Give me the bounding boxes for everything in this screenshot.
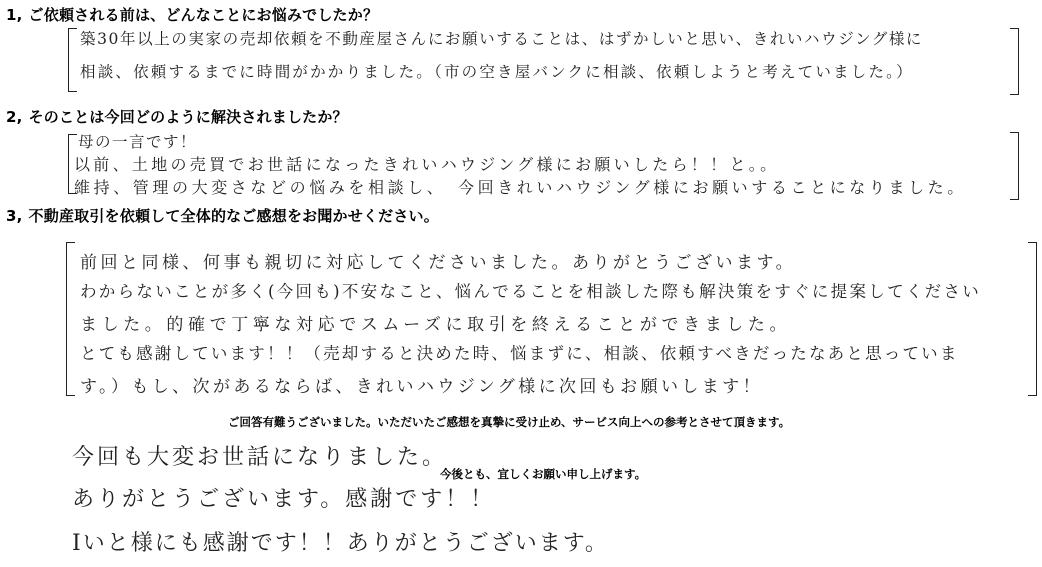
question-1-heading: 1,ご依頼される前は、どんなことにお悩みでしたか？ <box>6 4 378 25</box>
answer-3-line-5: す。）もし、次があるならば、きれいハウジング様に次回もお願いします！ <box>80 372 763 397</box>
answer-1-line-1: 築30年以上の実家の売却依頼を不動産屋さんにお願いすることは、はずかしいと思い、… <box>80 27 923 49</box>
answer-2-bracket-right <box>1010 132 1019 200</box>
answer-3-bracket-left <box>66 242 75 396</box>
answer-3-bracket-right <box>1028 242 1037 396</box>
answer-3-line-3: ました。的確で丁寧な対応でスムーズに取引を終えることができました。 <box>80 310 791 335</box>
question-1-label: ご依頼される前は、どんなことにお悩みでしたか？ <box>29 6 379 24</box>
answer-1-line-2: 相談、依頼するまでに時間がかかりました。（市の空き屋バンクに相談、依頼しようと考… <box>80 60 914 82</box>
answer-1-bracket-right <box>1010 28 1019 95</box>
question-3-heading: 3,不動産取引を依頼して全体的なご感想をお聞かせください。 <box>6 205 439 226</box>
question-2-label: そのことは今回どのように解決されましたか？ <box>29 108 348 126</box>
staff-reply-line-1: 今回も大変お世話になりました。 <box>72 440 447 471</box>
question-1-number: 1, <box>6 6 23 24</box>
answer-2-line-2: 以前、土地の売買でお世話になったきれいハウジング様にお願いしたら！！と。。 <box>74 152 779 175</box>
answer-3-line-4: とても感謝しています！！（売却すると決めた時、悩まずに、相談、依頼すべきだったな… <box>80 340 959 364</box>
answer-3-line-2: わからないことが多く(今回も)不安なこと、悩んでることを相談した際も解決策をすぐ… <box>80 278 981 302</box>
question-2-number: 2, <box>6 108 23 126</box>
answer-1-bracket-left <box>68 28 77 92</box>
staff-reply-line-3: Iいと様にも感謝です！！ありがとうございます。 <box>72 526 609 557</box>
answer-2-line-1: 母の一言です！ <box>78 130 197 152</box>
answer-2-line-3: 維持、管理の大変さなどの悩みを相談し、 今回きれいハウジング様にお願いすることに… <box>74 175 967 198</box>
question-3-number: 3, <box>6 207 23 225</box>
question-2-heading: 2,そのことは今回どのように解決されましたか？ <box>6 106 348 127</box>
staff-reply-line-2: ありがとうございます。感謝です！！ <box>72 482 495 513</box>
closing-thanks-note: ご回答有難うございました。いただいたご感想を真摯に受け止め、サービス向上への参考… <box>228 414 790 430</box>
staff-printed-note: 今後とも、宜しくお願い申し上げます。 <box>440 466 646 482</box>
question-3-label: 不動産取引を依頼して全体的なご感想をお聞かせください。 <box>29 207 439 225</box>
answer-3-line-1: 前回と同様、何事も親切に対応してくださいました。ありがとうございます。 <box>80 248 796 273</box>
